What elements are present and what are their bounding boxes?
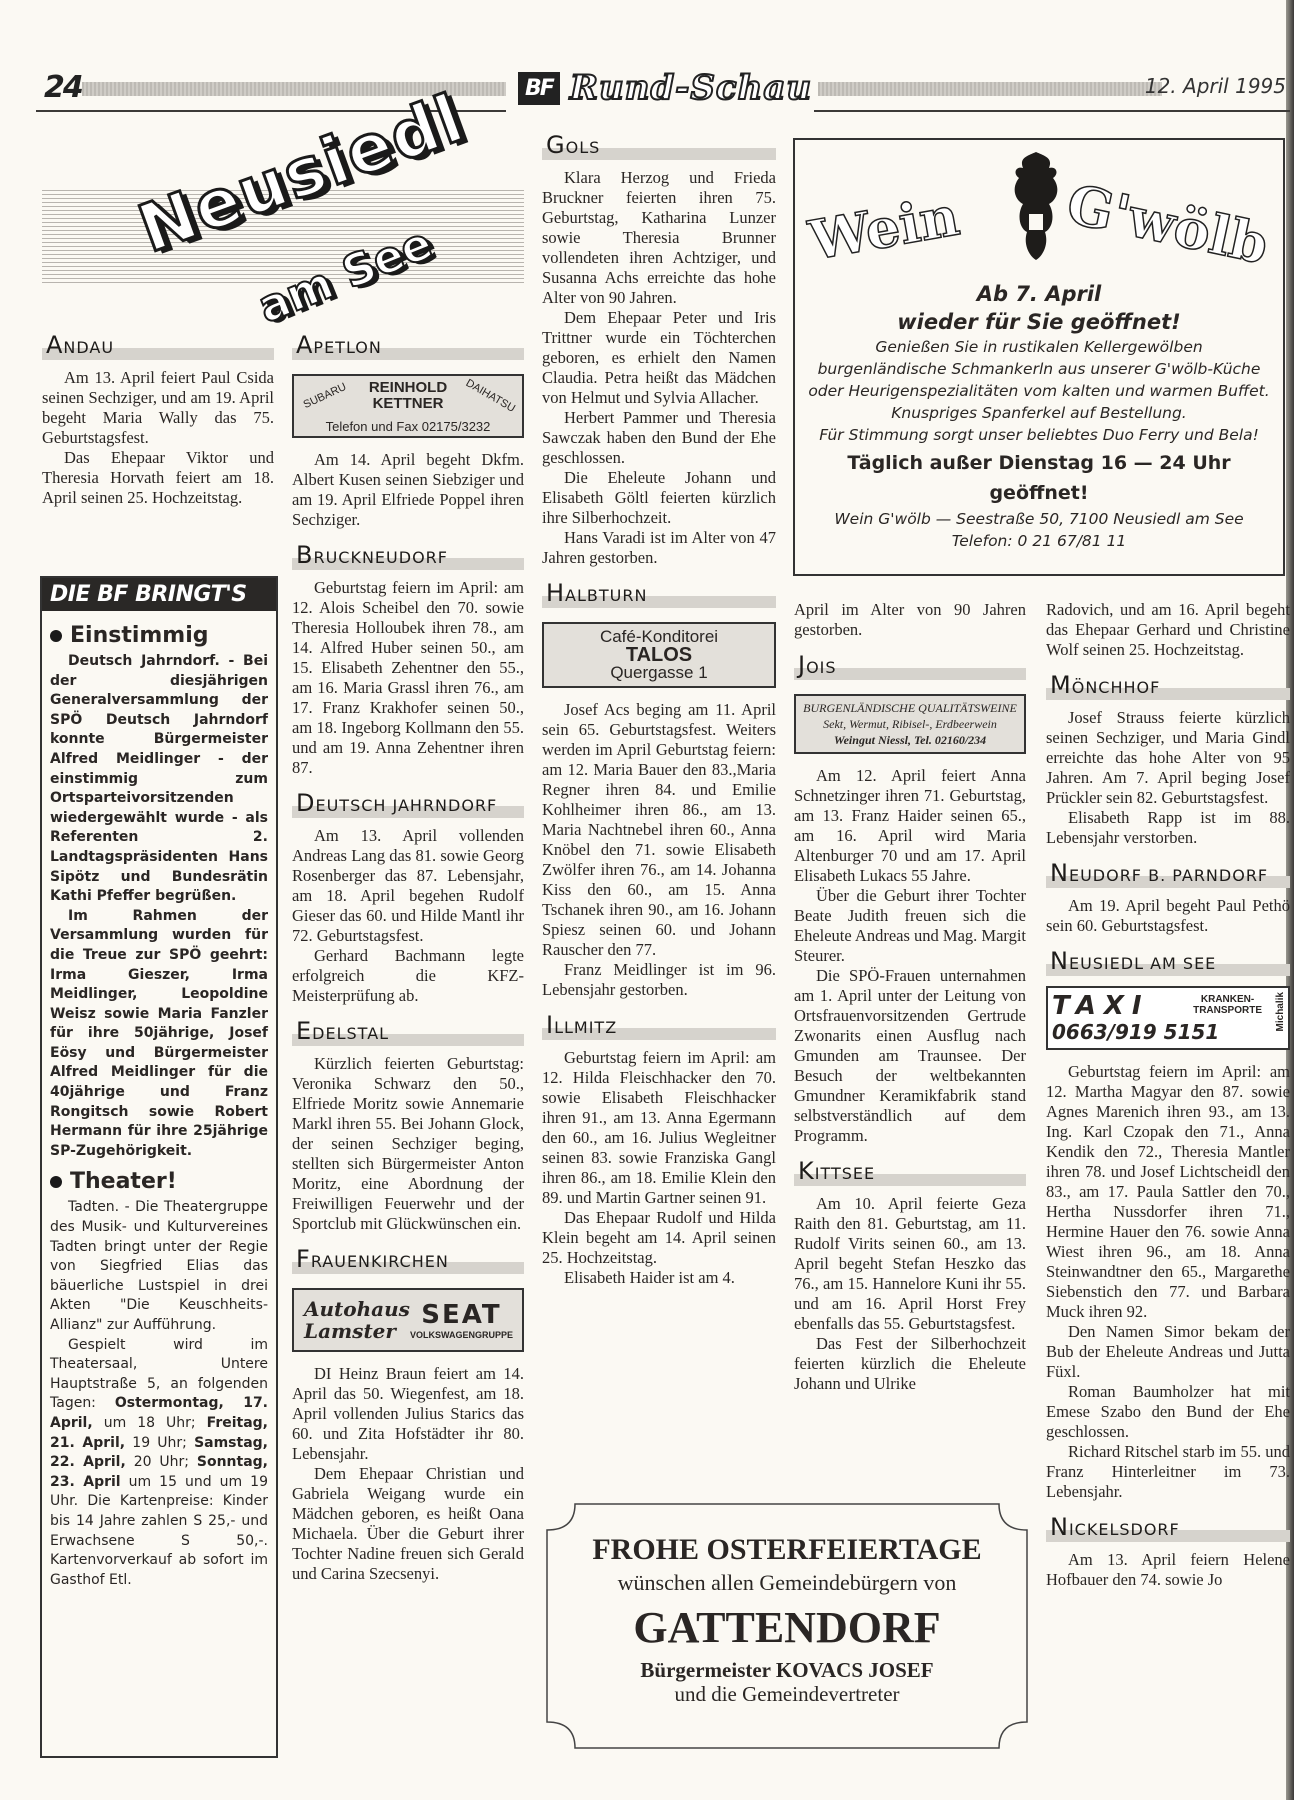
article-paragraph: Geburtstag feiern im April: am 12. Hilda… [542,1048,776,1208]
article-paragraph: Am 12. April feiert Anna Schnetzinger ih… [794,766,1026,886]
article-paragraph: Den Namen Simor bekam der Bub der Eheleu… [1046,1322,1290,1382]
column-1: Andau Am 13. April feiert Paul Csida sei… [42,320,274,508]
crest-icon [1005,148,1067,264]
ad-phone: Telefon und Fax 02175/3232 [294,419,522,434]
masthead: 24 BF Rund-Schau 12. April 1995 [36,68,1290,112]
article-paragraph: Kürzlich feierten Geburtstag: Veronika S… [292,1054,524,1234]
masthead-bar-right [818,82,1162,96]
article-paragraph: Elisabeth Haider ist am 4. [542,1268,776,1288]
section-heading-illmitz: Illmitz [542,1010,776,1042]
section-heading-gols: Gols [542,130,776,162]
article-paragraph: Dem Ehepaar Peter und Iris Trittner wurd… [542,308,776,408]
section-heading-halbturn: Halbturn [542,578,776,610]
article-paragraph: Dem Ehepaar Christian und Gabriela Weiga… [292,1464,524,1584]
article-paragraph: Gerhard Bachmann legte erfolgreich die K… [292,946,524,1006]
ad-wein-gwoelb: Wein G'wölb Ab 7. April wieder für Sie g… [793,138,1285,576]
section-heading-moenchhof: Mönchhof [1046,670,1290,702]
ad-gattendorf-easter: FROHE OSTERFEIERTAGE wünschen allen Geme… [545,1502,1029,1750]
article-paragraph: Am 19. April begeht Paul Pethö sein 60. … [1046,896,1290,936]
article-paragraph: Das Fest der Silberhochzeit feierten kür… [794,1334,1026,1394]
section-heading-deutsch-jahrndorf: Deutsch Jahrndorf [292,788,524,820]
bringts-item-title: Theater! [50,1169,268,1194]
seat-logo: SEATVOLKSWAGENGRUPPE [410,1300,513,1340]
section-heading-edelstal: Edelstal [292,1016,524,1048]
article-paragraph: Roman Baumholzer hat mit Emese Szabo den… [1046,1382,1290,1442]
bringts-paragraph: Im Rahmen der Versammlung wurden für die… [50,907,268,1162]
section-heading-nickelsdorf: Nickelsdorf [1046,1512,1290,1544]
article-continuation: April im Alter von 90 Jahren gestorben. [794,600,1026,640]
bf-bringts-box: DIE BF BRINGT'S Einstimmig Deutsch Jahrn… [40,576,278,1758]
bringts-item-title: Einstimmig [50,623,268,648]
article-paragraph: Am 13. April vollenden Andreas Lang das … [292,826,524,946]
ad-reinhold-kettner: SUBARU REINHOLDKETTNER DAIHATSU Telefon … [292,374,524,438]
article-paragraph: Die Eheleute Johann und Elisabeth Göltl … [542,468,776,528]
ad-weingut-niessl: Burgenländische Qualitätsweine Sekt, Wer… [794,694,1026,754]
section-heading-bruckneudorf: Bruckneudorf [292,540,524,572]
publication-logo: BF Rund-Schau [518,68,812,108]
bringts-paragraph: Tadten. - Die Theatergruppe des Musik- u… [50,1198,268,1335]
wein-gwoelb-logo: Wein G'wölb [795,140,1283,280]
section-heading-frauenkirchen: Frauenkirchen [292,1244,524,1276]
article-paragraph: Franz Meidlinger ist im 96. Lebensjahr g… [542,960,776,1000]
section-heading-neusiedl: Neusiedl am See [1046,946,1290,978]
article-paragraph: Herbert Pammer und Theresia Sawczak habe… [542,408,776,468]
bullet-icon [50,630,62,642]
ad-opening-hours: Täglich außer Dienstag 16 — 24 Uhr geöff… [795,448,1283,508]
article-paragraph: Geburtstag feiern im April: am 12. Marth… [1046,1062,1290,1322]
article-paragraph: Am 10. April feierte Geza Raith den 81. … [794,1194,1026,1334]
article-paragraph: Über die Geburt ihrer Tochter Beate Judi… [794,886,1026,966]
article-paragraph: Das Ehepaar Rudolf und Hilda Klein begeh… [542,1208,776,1268]
column-2: Apetlon SUBARU REINHOLDKETTNER DAIHATSU … [292,320,524,1584]
article-paragraph: Josef Strauss feierte kürzlich seinen Se… [1046,708,1290,808]
ad-headline: wieder für Sie geöffnet! [795,308,1283,336]
article-paragraph: Geburtstag feiern im April: am 12. Alois… [292,578,524,778]
masthead-rule-right [814,110,1290,112]
section-heading-andau: Andau [42,330,274,362]
article-paragraph: Am 14. April begeht Dkfm. Albert Kusen s… [292,450,524,530]
section-heading-neudorf: Neudorf b. Parndorf [1046,858,1290,890]
ad-address: Wein G'wölb — Seestraße 50, 7100 Neusied… [795,508,1283,530]
article-paragraph: DI Heinz Braun feiert am 14. April das 5… [292,1364,524,1464]
section-heading-apetlon: Apetlon [292,330,524,362]
article-paragraph: Am 13. April feiern Helene Hofbauer den … [1046,1550,1290,1590]
article-paragraph: Hans Varadi ist im Alter von 47 Jahren g… [542,528,776,568]
article-paragraph: Die SPÖ-Frauen unternahmen am 1. April u… [794,966,1026,1146]
section-heading-kittsee: Kittsee [794,1156,1026,1188]
article-paragraph: Am 13. April feiert Paul Csida seinen Se… [42,368,274,448]
article-continuation: Radovich, und am 16. April begeht das Eh… [1046,600,1290,660]
column-4: April im Alter von 90 Jahren gestorben. … [794,600,1026,1394]
region-title-graphic: Neusiedl am See [42,190,524,286]
column-5: Radovich, und am 16. April begeht das Eh… [1046,600,1290,1590]
article-paragraph: Das Ehepaar Viktor und Theresia Horvath … [42,448,274,508]
column-3: Gols Klara Herzog und Frieda Bruckner fe… [542,130,776,1288]
article-paragraph: Elisabeth Rapp ist im 88. Lebensjahr ver… [1046,808,1290,848]
ad-taxi-michalik: TAXI 0663/919 5151 KRANKEN-TRANSPORTE Mi… [1046,986,1290,1050]
bringts-header: DIE BF BRINGT'S [42,578,276,611]
ad-cafe-talos: Café-Konditorei TALOS Quergasse 1 [542,622,776,688]
ad-phone: Telefon: 0 21 67/81 11 [795,530,1283,552]
bullet-icon [50,1176,62,1188]
article-paragraph: Richard Ritschel starb im 55. und Franz … [1046,1442,1290,1502]
article-paragraph: Josef Acs beging am 11. April sein 65. G… [542,700,776,960]
page-number: 24 [44,70,82,105]
ad-autohaus-lamster: AutohausLamster SEATVOLKSWAGENGRUPPE [292,1288,524,1352]
article-paragraph: Klara Herzog und Frieda Bruckner feierte… [542,168,776,308]
bf-logo-badge: BF [518,72,560,105]
bringts-paragraph: Deutsch Jahrndorf. - Bei der diesjährige… [50,652,268,907]
ad-headline: Ab 7. April [795,280,1283,308]
bringts-schedule: Gespielt wird im Theatersaal, Untere Hau… [50,1336,268,1591]
publication-title: Rund-Schau [570,68,812,108]
section-heading-jois: Jois [794,650,1026,682]
issue-date: 12. April 1995 [1145,74,1286,98]
